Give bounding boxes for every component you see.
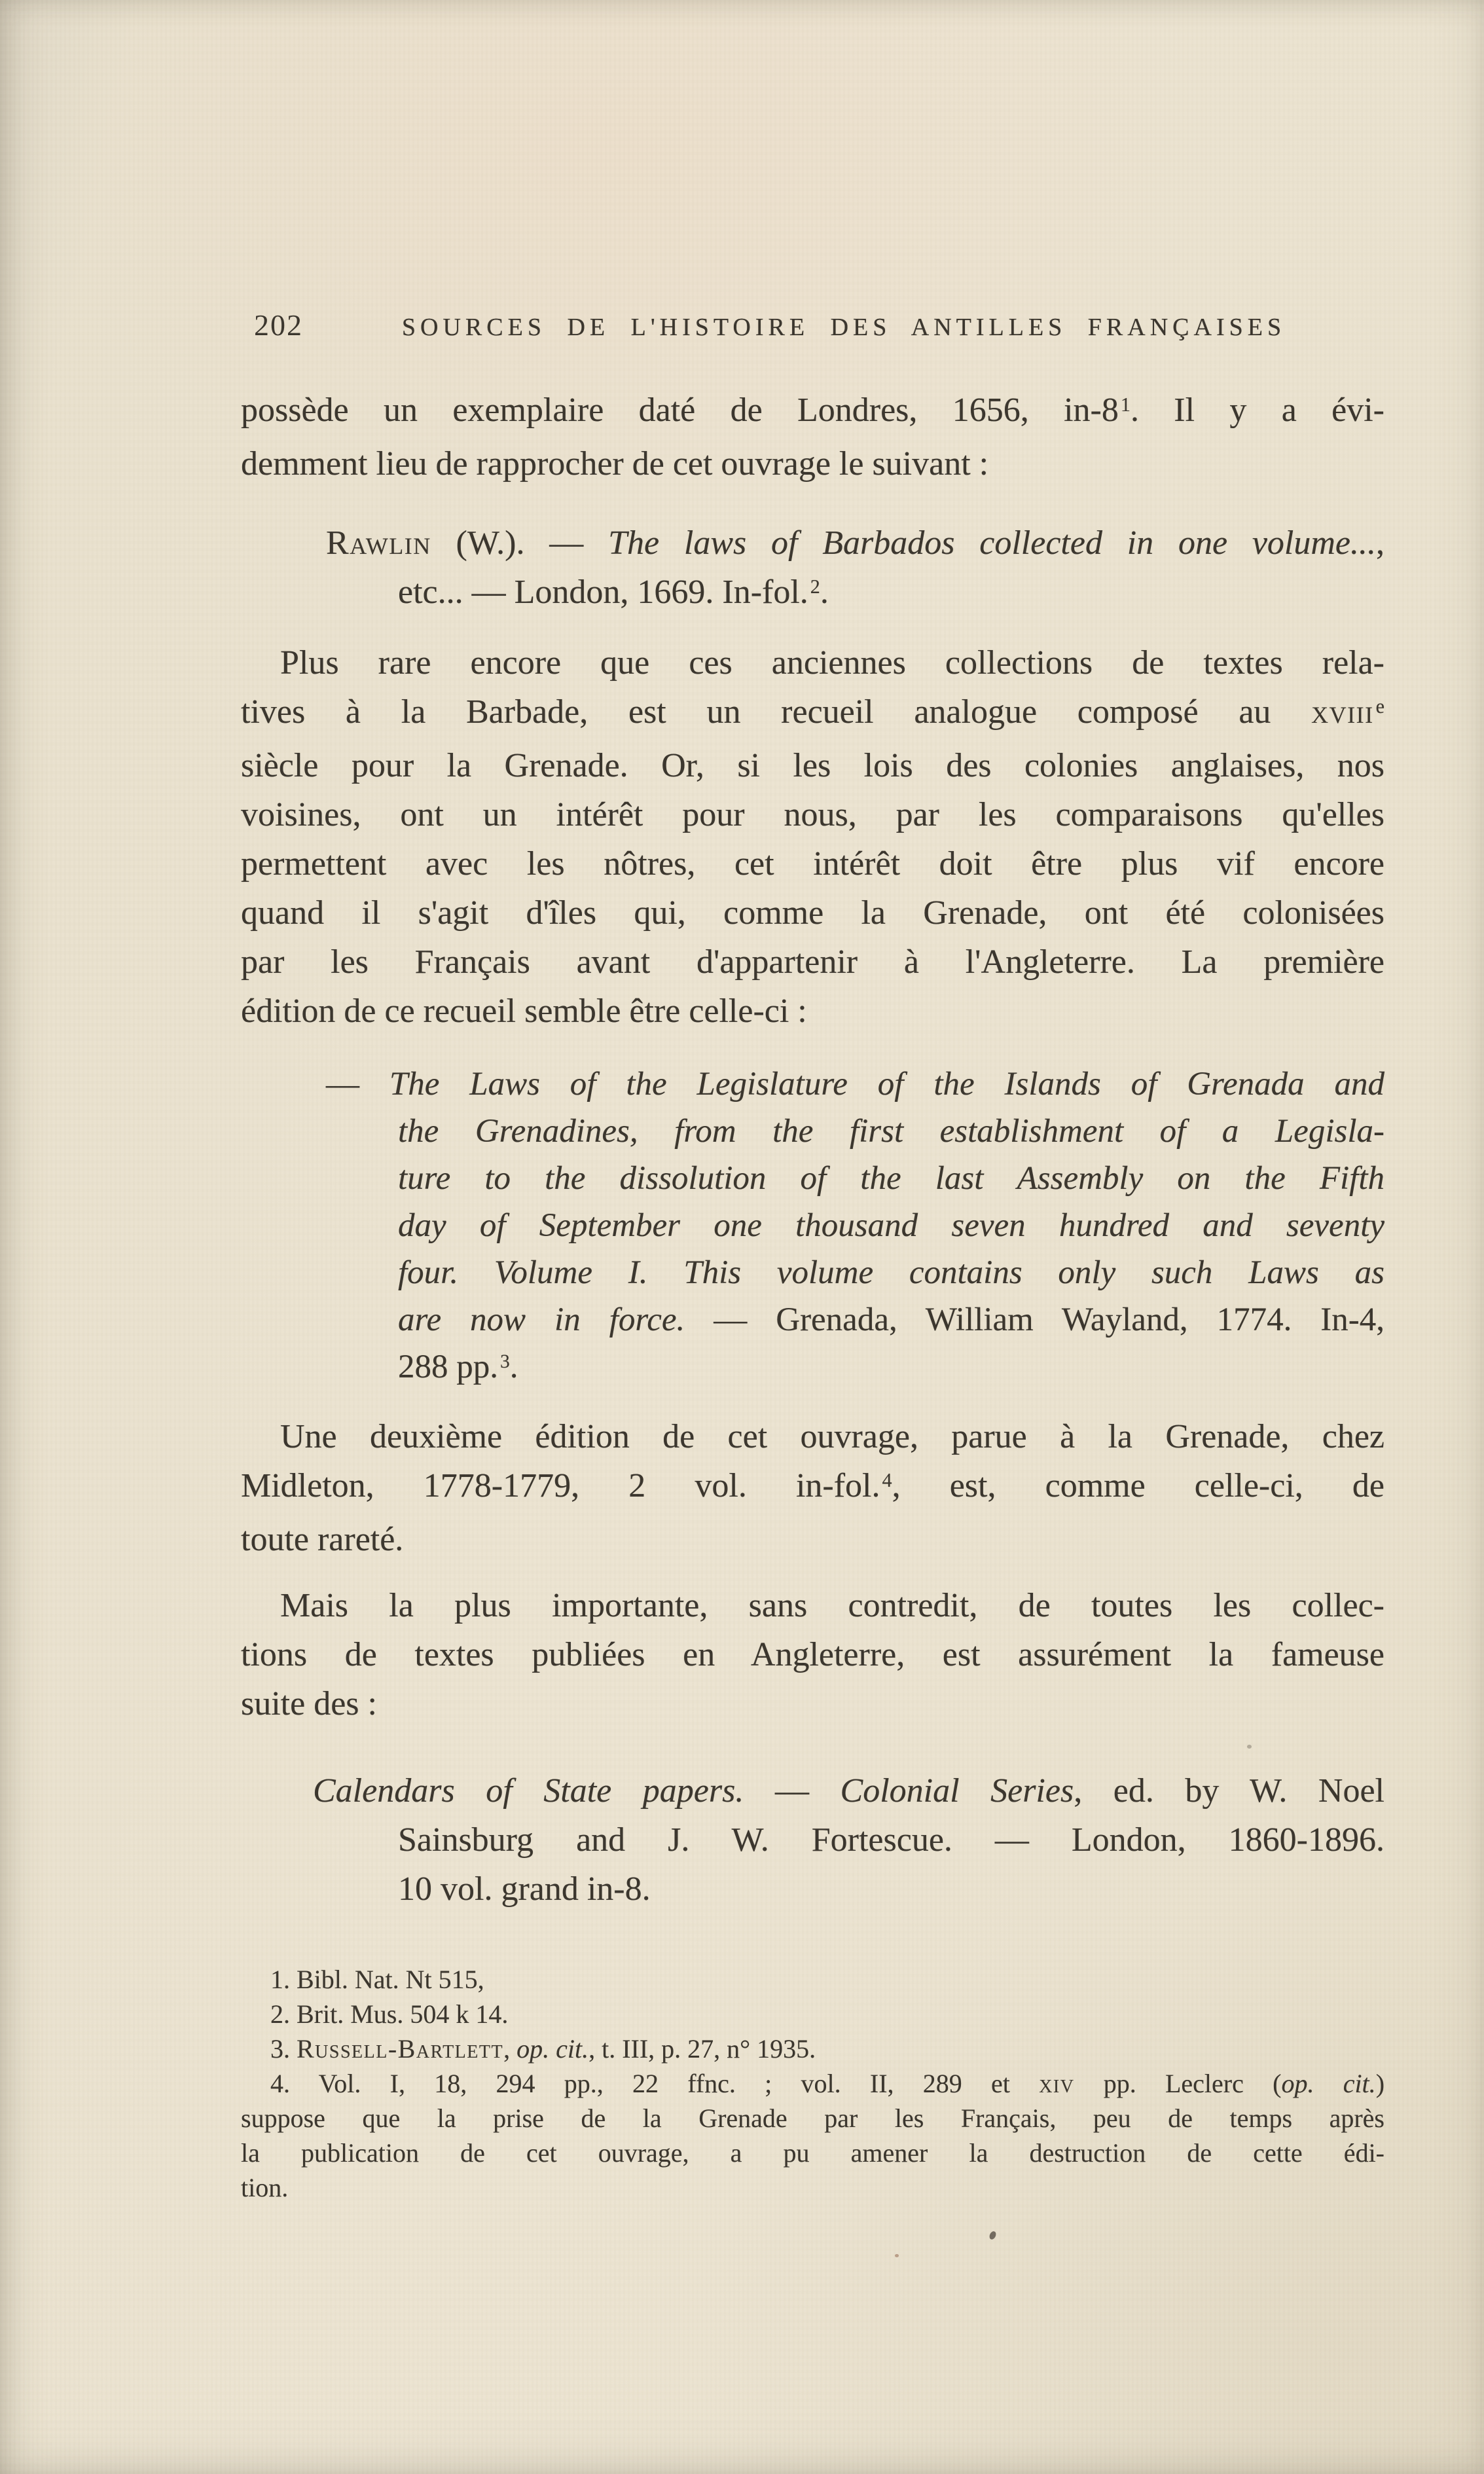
bib-rawlin-line: Rawlin (W.). — The laws of Barbados coll…: [241, 518, 1384, 568]
footnotes-line: 3. Russell-Bartlett, op. cit., t. III, p…: [241, 2031, 1384, 2066]
text-segment: Midleton, 1778-1779, 2 vol. in-fol.: [241, 1467, 880, 1504]
text-segment: 4. Vol. I, 18, 294 pp., 22 ffnc. ; vol. …: [270, 2069, 1039, 2098]
text-segment: 4: [882, 1469, 892, 1491]
text-segment: suite des :: [241, 1685, 377, 1722]
ink-speck: [895, 2254, 899, 2257]
footnotes-line: suppose que la prise de la Grenade par l…: [241, 2101, 1384, 2136]
paragraph-4-line: Mais la plus importante, sans contredit,…: [241, 1581, 1384, 1630]
text-segment: 3.: [270, 2034, 297, 2064]
paragraph-4: Mais la plus importante, sans contredit,…: [241, 1581, 1384, 1728]
text-segment: la publication de cet ouvrage, a pu amen…: [241, 2138, 1384, 2168]
text-segment: , est, comme celle-ci, de: [892, 1467, 1384, 1504]
text-segment: .: [820, 573, 829, 611]
text-segment: suppose que la prise de la Grenade par l…: [241, 2103, 1384, 2133]
paragraph-4-line: tions de textes publiées en Angleterre, …: [241, 1630, 1384, 1679]
ink-speck: [1247, 1745, 1252, 1749]
text-segment: Calendars of State papers.: [313, 1772, 744, 1810]
ink-speck: [988, 2230, 998, 2241]
text-segment: ,: [1376, 524, 1384, 562]
text-segment: xiv: [1039, 2069, 1074, 2098]
paragraph-2-line: permettent avec les nôtres, cet intérêt …: [241, 839, 1384, 888]
footnotes-line: tion.: [241, 2170, 1384, 2205]
footnotes-line: 1. Bibl. Nat. Nt 515,: [241, 1962, 1384, 1997]
text-segment: — Grenada, William Wayland, 1774. In-4,: [685, 1301, 1384, 1338]
text-segment: toute rareté.: [241, 1521, 403, 1558]
paragraph-3: Une deuxième édition de cet ouvrage, par…: [241, 1412, 1384, 1564]
footnotes-line: la publication de cet ouvrage, a pu amen…: [241, 2136, 1384, 2170]
text-segment: possède un exemplaire daté de Londres, 1…: [241, 391, 1119, 429]
paragraph-3-line: Midleton, 1778-1779, 2 vol. in-fol.4, es…: [241, 1461, 1384, 1515]
text-segment: 2. Brit. Mus. 504 k 14.: [270, 1999, 508, 2029]
paragraph-1-line: possède un exemplaire daté de Londres, 1…: [241, 386, 1384, 439]
page-header: 202 Sources de l'histoire des Antilles f…: [241, 308, 1384, 342]
bib-rawlin-line: etc... — London, 1669. In-fol.2.: [241, 568, 1384, 621]
paragraph-2-line: par les Français avant d'appartenir à l'…: [241, 937, 1384, 987]
quote-grenada-laws-line: four. Volume I. This volume contains onl…: [241, 1249, 1384, 1296]
footnotes-line: 2. Brit. Mus. 504 k 14.: [241, 1997, 1384, 2031]
text-segment: Une deuxième édition de cet ouvrage, par…: [280, 1418, 1384, 1455]
page-body: possède un exemplaire daté de Londres, 1…: [241, 386, 1384, 2205]
text-segment: demment lieu de rapprocher de cet ouvrag…: [241, 445, 988, 482]
text-segment: ): [1376, 2069, 1384, 2098]
text-segment: .: [510, 1349, 518, 1385]
text-segment: . Il y a évi-: [1131, 391, 1384, 429]
text-segment: édition de ce recueil semble être celle-…: [241, 992, 807, 1030]
paragraph-2-line: voisines, ont un intérêt pour nous, par …: [241, 790, 1384, 839]
text-segment: ,: [503, 2034, 516, 2064]
text-segment: e: [1376, 695, 1384, 718]
text-segment: The laws of Barbados collected in one vo…: [608, 524, 1376, 562]
bib-calendars: Calendars of State papers. — Colonial Se…: [241, 1766, 1384, 1914]
text-segment: are now in force.: [398, 1301, 685, 1338]
text-segment: ture to the dissolution of the last Asse…: [398, 1160, 1384, 1197]
text-segment: quand il s'agit d'îles qui, comme la Gre…: [241, 894, 1384, 932]
paragraph-2-line: quand il s'agit d'îles qui, comme la Gre…: [241, 888, 1384, 937]
bib-calendars-line: Calendars of State papers. — Colonial Se…: [241, 1766, 1384, 1815]
paragraph-2-line: siècle pour la Grenade. Or, si les lois …: [241, 741, 1384, 790]
paragraph-2-line: édition de ce recueil semble être celle-…: [241, 987, 1384, 1036]
quote-grenada-laws: — The Laws of the Legislature of the Isl…: [241, 1061, 1384, 1395]
text-segment: etc... — London, 1669. In-fol.: [398, 573, 808, 611]
text-segment: 1. Bibl. Nat. Nt 515,: [270, 1965, 484, 1994]
text-segment: the Grenadines, from the first establish…: [398, 1113, 1384, 1150]
text-segment: —: [326, 1066, 389, 1102]
text-segment: 288 pp.: [398, 1349, 498, 1385]
text-segment: tives à la Barbade, est un recueil analo…: [241, 693, 1311, 731]
text-segment: Sainsburg and J. W. Fortescue. — London,…: [398, 1821, 1384, 1859]
text-segment: day of September one thousand seven hund…: [398, 1207, 1384, 1244]
text-segment: The Laws of the Legislature of the Islan…: [389, 1066, 1384, 1102]
text-segment: siècle pour la Grenade. Or, si les lois …: [241, 747, 1384, 784]
running-title: Sources de l'histoire des Antilles franç…: [303, 313, 1384, 342]
page-number: 202: [241, 308, 303, 342]
text-segment: tions de textes publiées en Angleterre, …: [241, 1636, 1384, 1673]
text-segment: 2: [810, 575, 820, 598]
paragraph-1: possède un exemplaire daté de Londres, 1…: [241, 386, 1384, 488]
text-segment: , ed. by W. Noel: [1074, 1772, 1384, 1810]
text-segment: (W.). —: [431, 524, 608, 562]
text-segment: , t. III, p. 27, n° 1935.: [588, 2034, 816, 2064]
paragraph-1-line: demment lieu de rapprocher de cet ouvrag…: [241, 439, 1384, 488]
quote-grenada-laws-line: the Grenadines, from the first establish…: [241, 1108, 1384, 1155]
text-segment: —: [744, 1772, 840, 1810]
paragraph-2: Plus rare encore que ces anciennes colle…: [241, 638, 1384, 1036]
text-segment: op. cit.: [516, 2034, 588, 2064]
quote-grenada-laws-line: day of September one thousand seven hund…: [241, 1202, 1384, 1249]
text-segment: tion.: [241, 2173, 288, 2202]
text-segment: 1: [1121, 393, 1131, 416]
text-segment: permettent avec les nôtres, cet intérêt …: [241, 845, 1384, 882]
book-page: 202 Sources de l'histoire des Antilles f…: [0, 0, 1484, 2474]
footnotes: 1. Bibl. Nat. Nt 515,2. Brit. Mus. 504 k…: [241, 1962, 1384, 2205]
paragraph-4-line: suite des :: [241, 1679, 1384, 1728]
footnotes-line: 4. Vol. I, 18, 294 pp., 22 ffnc. ; vol. …: [241, 2066, 1384, 2101]
quote-grenada-laws-line: ture to the dissolution of the last Asse…: [241, 1155, 1384, 1202]
paragraph-2-line: tives à la Barbade, est un recueil analo…: [241, 687, 1384, 741]
text-segment: Mais la plus importante, sans contredit,…: [280, 1587, 1384, 1624]
text-segment: xviii: [1311, 693, 1373, 731]
paragraph-2-line: Plus rare encore que ces anciennes colle…: [241, 638, 1384, 687]
paragraph-3-line: toute rareté.: [241, 1515, 1384, 1564]
text-segment: pp. Leclerc (: [1074, 2069, 1281, 2098]
text-segment: par les Français avant d'appartenir à l'…: [241, 943, 1384, 981]
paragraph-3-line: Une deuxième édition de cet ouvrage, par…: [241, 1412, 1384, 1461]
text-segment: op. cit.: [1281, 2069, 1375, 2098]
bib-calendars-line: 10 vol. grand in-8.: [241, 1865, 1384, 1914]
text-segment: Rawlin: [326, 524, 431, 562]
quote-grenada-laws-line: are now in force. — Grenada, William Way…: [241, 1296, 1384, 1343]
text-segment: 10 vol. grand in-8.: [398, 1870, 651, 1908]
text-segment: Russell-Bartlett: [297, 2034, 503, 2064]
text-segment: four. Volume I. This volume contains onl…: [398, 1254, 1384, 1291]
text-segment: Plus rare encore que ces anciennes colle…: [280, 644, 1384, 682]
bib-rawlin: Rawlin (W.). — The laws of Barbados coll…: [241, 518, 1384, 621]
quote-grenada-laws-line: — The Laws of the Legislature of the Isl…: [241, 1061, 1384, 1108]
text-segment: voisines, ont un intérêt pour nous, par …: [241, 796, 1384, 833]
text-segment: 3: [500, 1351, 510, 1372]
bib-calendars-line: Sainsburg and J. W. Fortescue. — London,…: [241, 1815, 1384, 1865]
text-segment: Colonial Series: [841, 1772, 1074, 1810]
quote-grenada-laws-line: 288 pp.3.: [241, 1343, 1384, 1395]
